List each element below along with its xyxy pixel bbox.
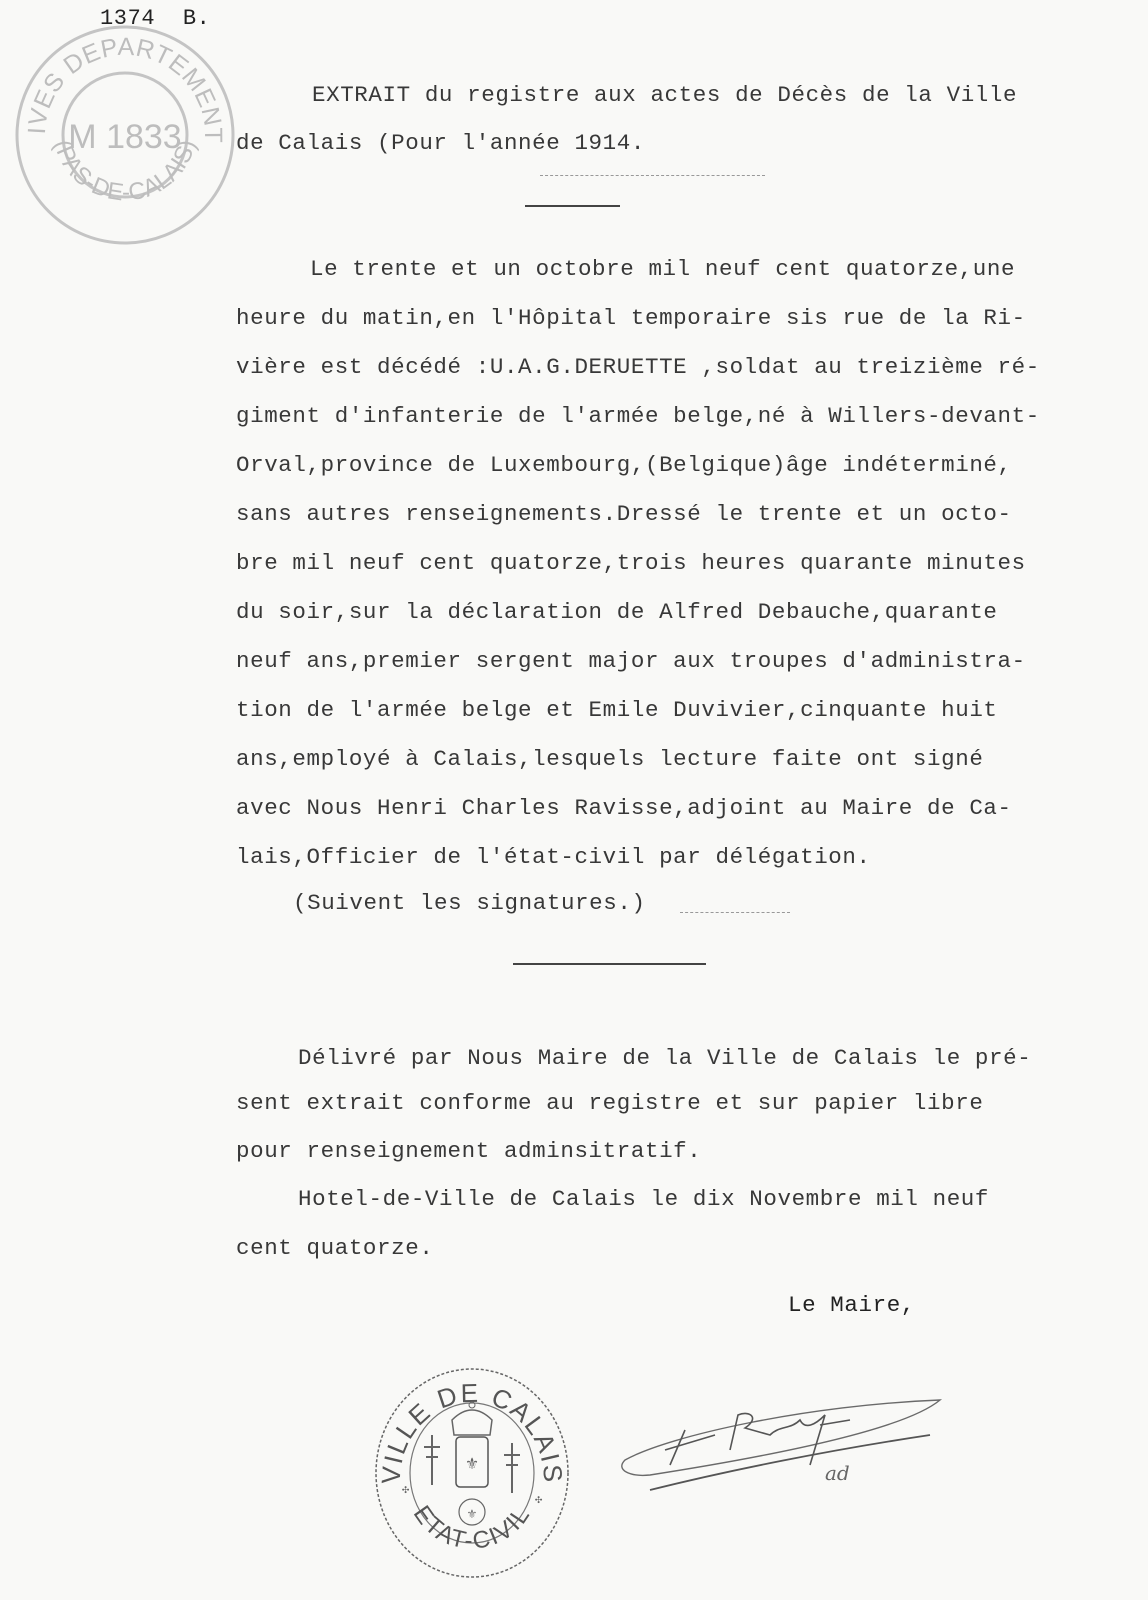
body-line: giment d'infanterie de l'armée belge,né … [236,403,1040,429]
signatures-note: (Suivent les signatures.) [293,890,646,916]
body-line: avec Nous Henri Charles Ravisse,adjoint … [236,795,1012,821]
place-date-line: cent quatorze. [236,1235,433,1261]
svg-text:M 1833: M 1833 [68,118,181,156]
svg-text:ad: ad [825,1461,850,1485]
title-line-1: EXTRAIT du registre aux actes de Décès d… [312,82,1017,108]
reference-number: 1374 B. [100,6,210,31]
mayor-signature-icon: ad [610,1380,950,1510]
body-line: bre mil neuf cent quatorze,trois heures … [236,550,1026,576]
body-line: du soir,sur la déclaration de Alfred Deb… [236,599,998,625]
solid-divider [525,205,620,207]
body-line: lais,Officier de l'état-civil par déléga… [236,844,871,870]
place-date-line: Hotel-de-Ville de Calais le dix Novembre… [298,1186,989,1212]
body-line: ans,employé à Calais,lesquels lecture fa… [236,746,983,772]
body-line: Le trente et un octobre mil neuf cent qu… [310,256,1015,282]
dashed-divider [540,175,765,176]
body-line: neuf ans,premier sergent major aux troup… [236,648,1026,674]
body-line: vière est décédé :U.A.G.DERUETTE ,soldat… [236,354,1040,380]
archives-stamp-icon: ARCHIVES DEPARTEMENTALES (PAS-DE-CALAIS)… [10,20,240,250]
svg-text:✣: ✣ [402,1483,410,1497]
delivery-line: pour renseignement adminsitratif. [236,1138,701,1164]
signatory-title: Le Maire, [788,1292,915,1318]
body-line: heure du matin,en l'Hôpital temporaire s… [236,305,1026,331]
document-page: ARCHIVES DEPARTEMENTALES (PAS-DE-CALAIS)… [0,0,1148,1600]
delivery-line: sent extrait conforme au registre et sur… [236,1090,983,1116]
dashed-divider [680,912,790,913]
body-line: sans autres renseignements.Dressé le tre… [236,501,1012,527]
delivery-line: Délivré par Nous Maire de la Ville de Ca… [298,1045,1031,1071]
svg-text:✣: ✣ [535,1493,543,1507]
svg-text:⚜: ⚜ [468,1507,477,1523]
title-line-2: de Calais (Pour l'année 1914. [236,130,645,156]
solid-divider [513,963,706,965]
body-line: Orval,province de Luxembourg,(Belgique)â… [236,452,1012,478]
body-line: tion de l'armée belge et Emile Duvivier,… [236,697,998,723]
svg-text:⚜: ⚜ [467,1455,478,1475]
calais-seal-icon: VILLE DE CALAIS ETAT-CIVIL ⚜ ⚜ ✣ ✣ [372,1365,572,1580]
